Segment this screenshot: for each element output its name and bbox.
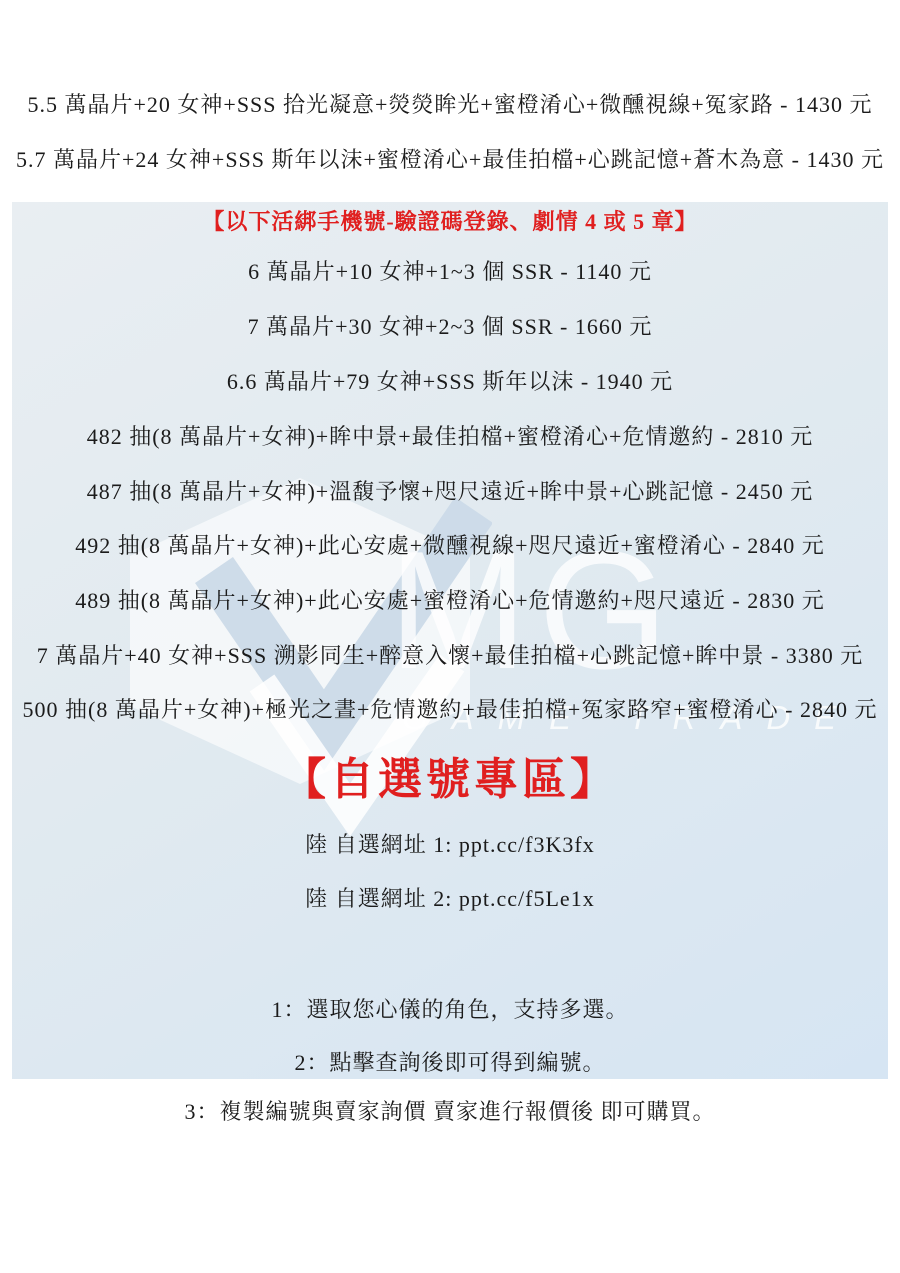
offer-line: 6 萬晶片+10 女神+1~3 個 SSR - 1140 元 [0, 259, 900, 285]
offer-line: 492 抽(8 萬晶片+女神)+此心安處+微醺視線+咫尺遠近+蜜橙淆心 - 28… [0, 533, 900, 559]
offer-line: 482 抽(8 萬晶片+女神)+眸中景+最佳拍檔+蜜橙淆心+危情邀約 - 281… [0, 424, 900, 450]
offer-line: 5.5 萬晶片+20 女神+SSS 拾光凝意+熒熒眸光+蜜橙淆心+微醺視線+冤家… [0, 92, 900, 118]
offer-line: 7 萬晶片+40 女神+SSS 溯影同生+醉意入懷+最佳拍檔+心跳記憶+眸中景 … [0, 643, 900, 669]
binding-notice: 【以下活綁手機號-驗證碼登錄、劇情 4 或 5 章】 [0, 209, 900, 235]
step-line: 1：選取您心儀的角色，支持多選。 [0, 997, 900, 1023]
offer-line: 6.6 萬晶片+79 女神+SSS 斯年以沫 - 1940 元 [0, 369, 900, 395]
custom-pick-link-2[interactable]: 陸 自選網址 2: ppt.cc/f5Le1x [0, 886, 900, 912]
offer-line: 489 抽(8 萬晶片+女神)+此心安處+蜜橙淆心+危情邀約+咫尺遠近 - 28… [0, 588, 900, 614]
custom-pick-link-1[interactable]: 陸 自選網址 1: ppt.cc/f3K3fx [0, 832, 900, 858]
custom-section-title: 【自選號專區】 [0, 756, 900, 804]
offer-line: 487 抽(8 萬晶片+女神)+溫馥予懷+咫尺遠近+眸中景+心跳記憶 - 245… [0, 479, 900, 505]
offer-line: 5.7 萬晶片+24 女神+SSS 斯年以沫+蜜橙淆心+最佳拍檔+心跳記憶+蒼木… [0, 147, 900, 173]
step-line: 3：複製編號與賣家詢價 賣家進行報價後 即可購買。 [0, 1099, 900, 1125]
step-line: 2：點擊查詢後即可得到編號。 [0, 1050, 900, 1076]
offer-line: 500 抽(8 萬晶片+女神)+極光之晝+危情邀約+最佳拍檔+冤家路窄+蜜橙淆心… [0, 697, 900, 723]
flyer-page: MG GAME TRADE 5.5 萬晶片+20 女神+SSS 拾光凝意+熒熒眸… [0, 0, 900, 1273]
offer-line: 7 萬晶片+30 女神+2~3 個 SSR - 1660 元 [0, 314, 900, 340]
